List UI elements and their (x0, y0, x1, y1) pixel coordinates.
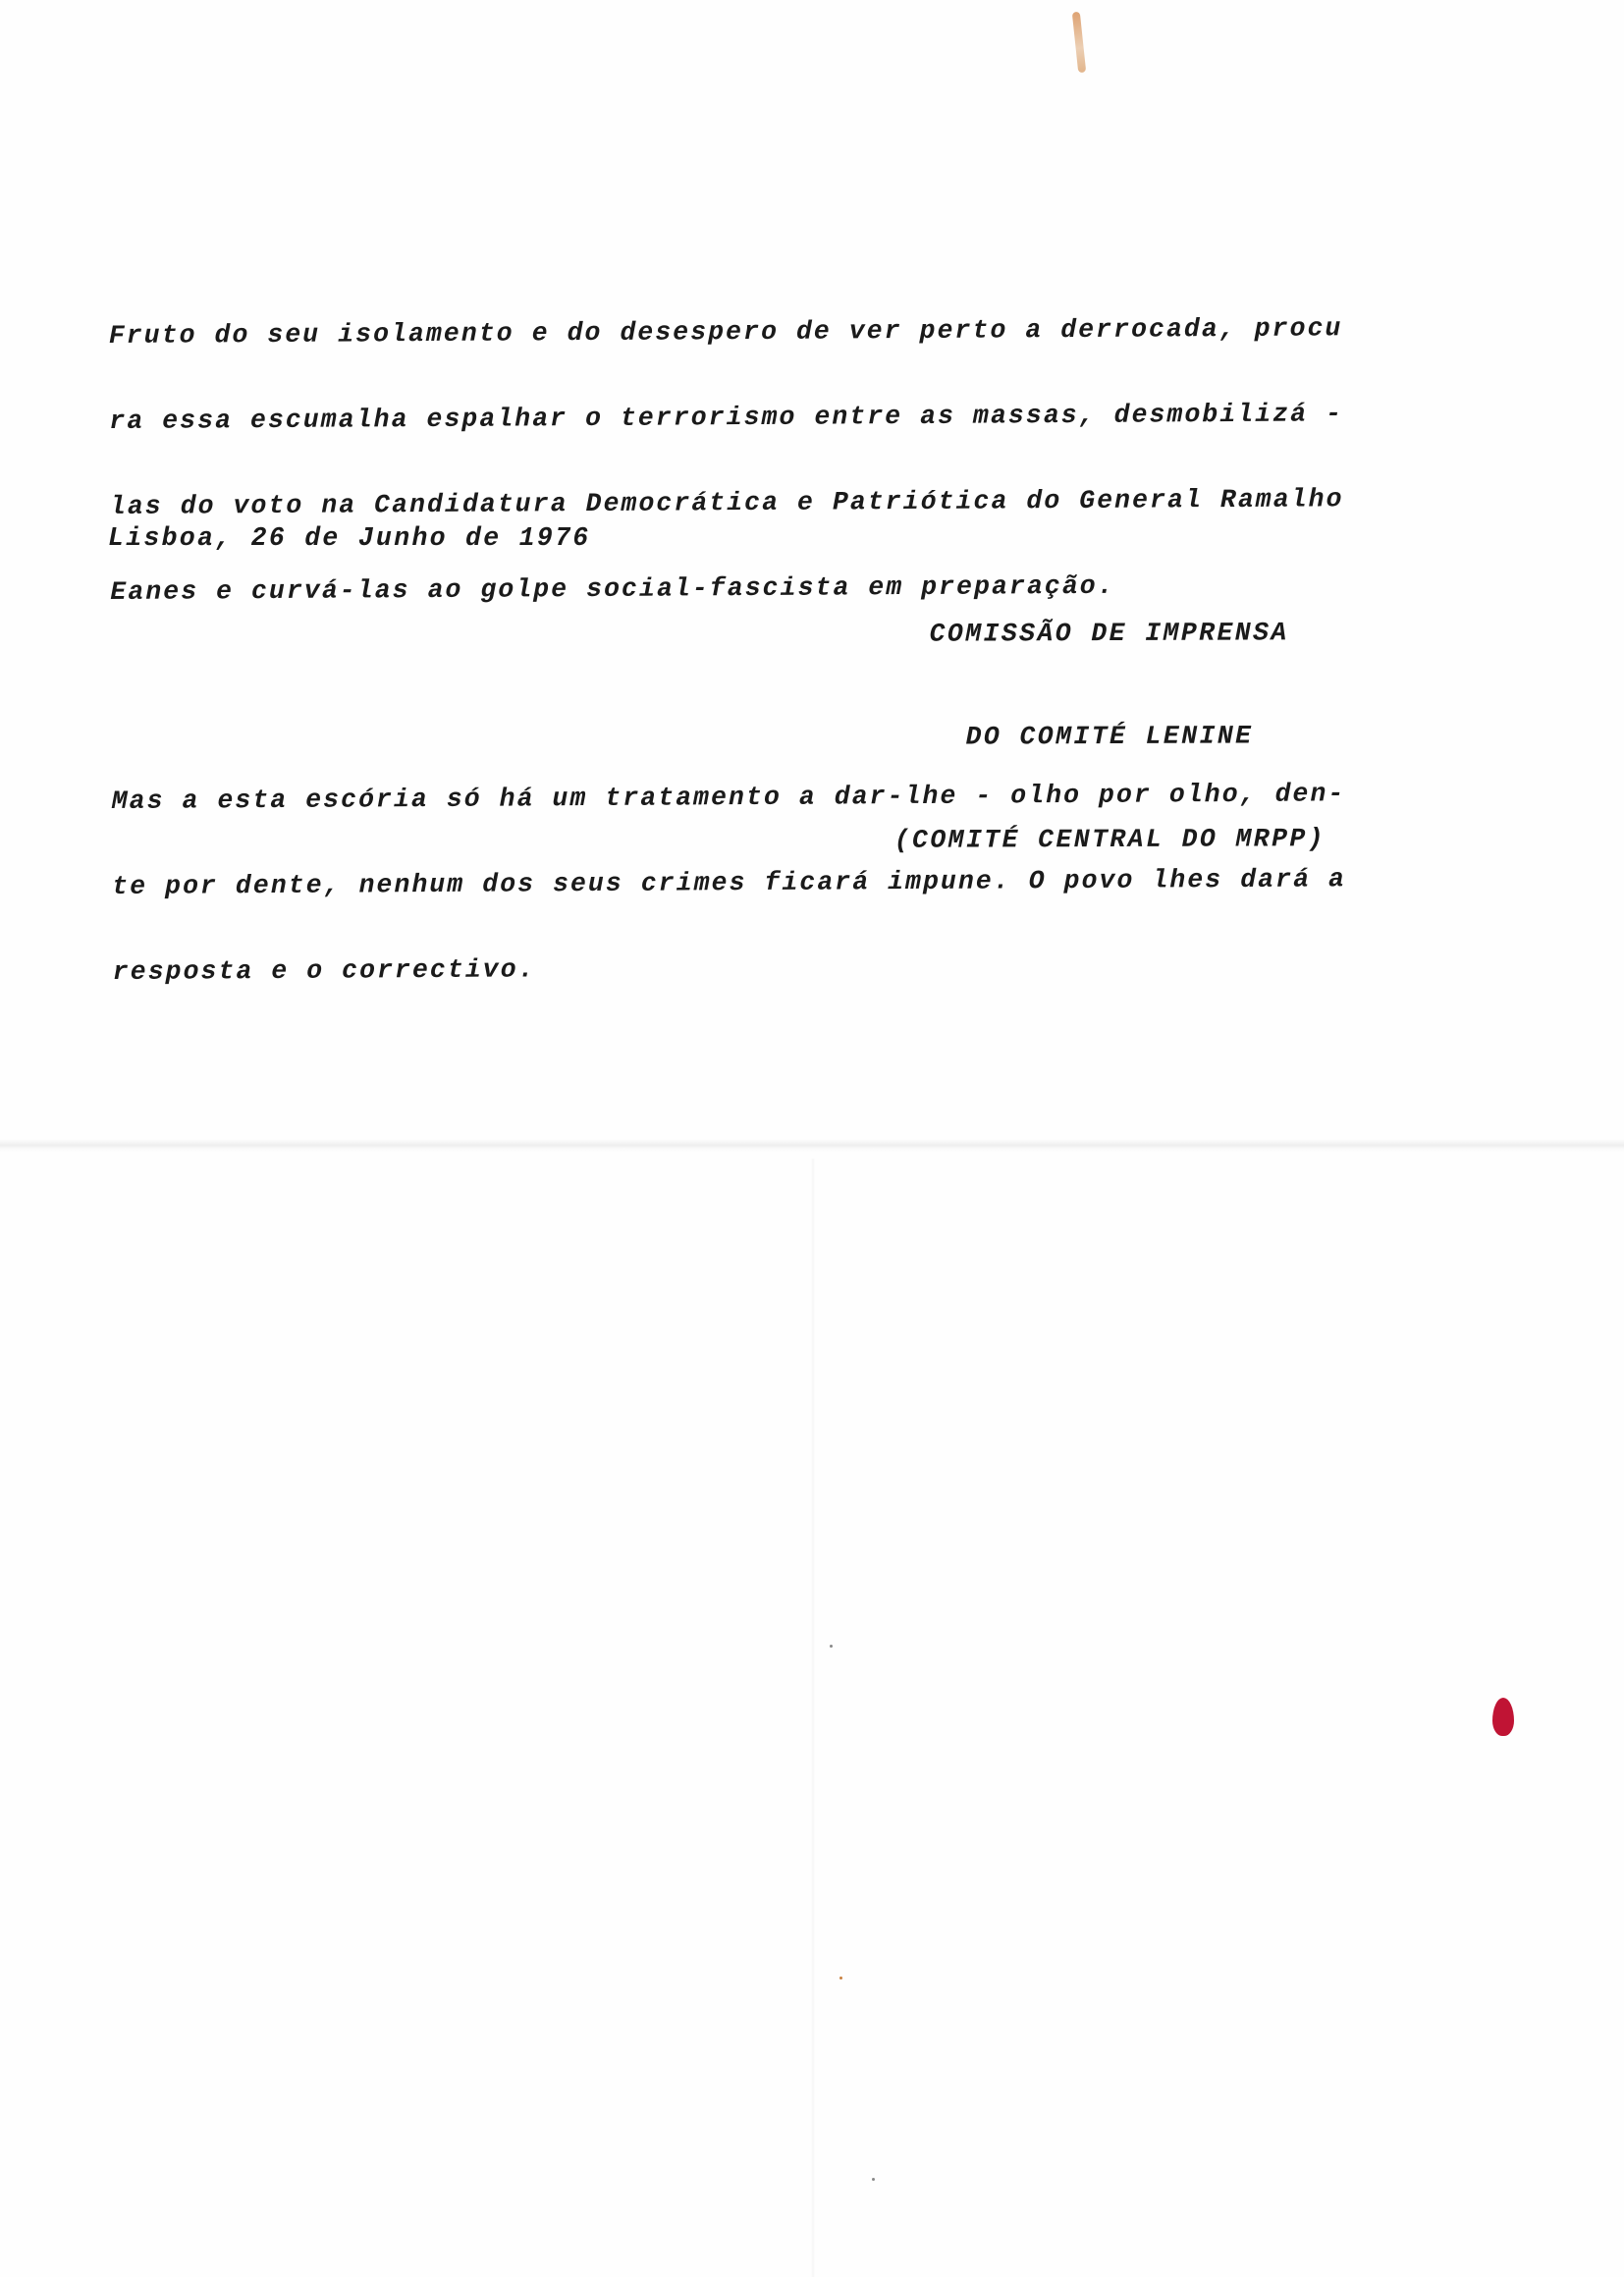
text-line: Fruto do seu isolamento e do desespero d… (109, 313, 1484, 351)
paper-speck (830, 1645, 833, 1648)
stain-mark-top (1072, 12, 1086, 73)
red-ink-mark (1492, 1698, 1514, 1736)
signature-block: COMISSÃO DE IMPRENSA DO COMITÉ LENINE (C… (873, 547, 1345, 927)
paper-speck (872, 2178, 875, 2181)
vertical-fold-crease (811, 1159, 815, 2277)
horizontal-fold-crease (0, 1139, 1624, 1153)
signature-line: COMISSÃO DE IMPRENSA (874, 616, 1345, 652)
document-page: Fruto do seu isolamento e do desespero d… (0, 0, 1624, 2277)
signature-line: (COMITÉ CENTRAL DO MRPP) (874, 822, 1345, 858)
text-line: resposta e o correctivo. (113, 949, 1488, 987)
signature-line: DO COMITÉ LENINE (874, 719, 1345, 755)
text-line: ra essa escumalha espalhar o terrorismo … (109, 399, 1484, 436)
date-line: Lisboa, 26 de Junho de 1976 (108, 523, 590, 553)
text-line: las do voto na Candidatura Democrática e… (110, 484, 1485, 521)
paper-speck (839, 1977, 842, 1979)
